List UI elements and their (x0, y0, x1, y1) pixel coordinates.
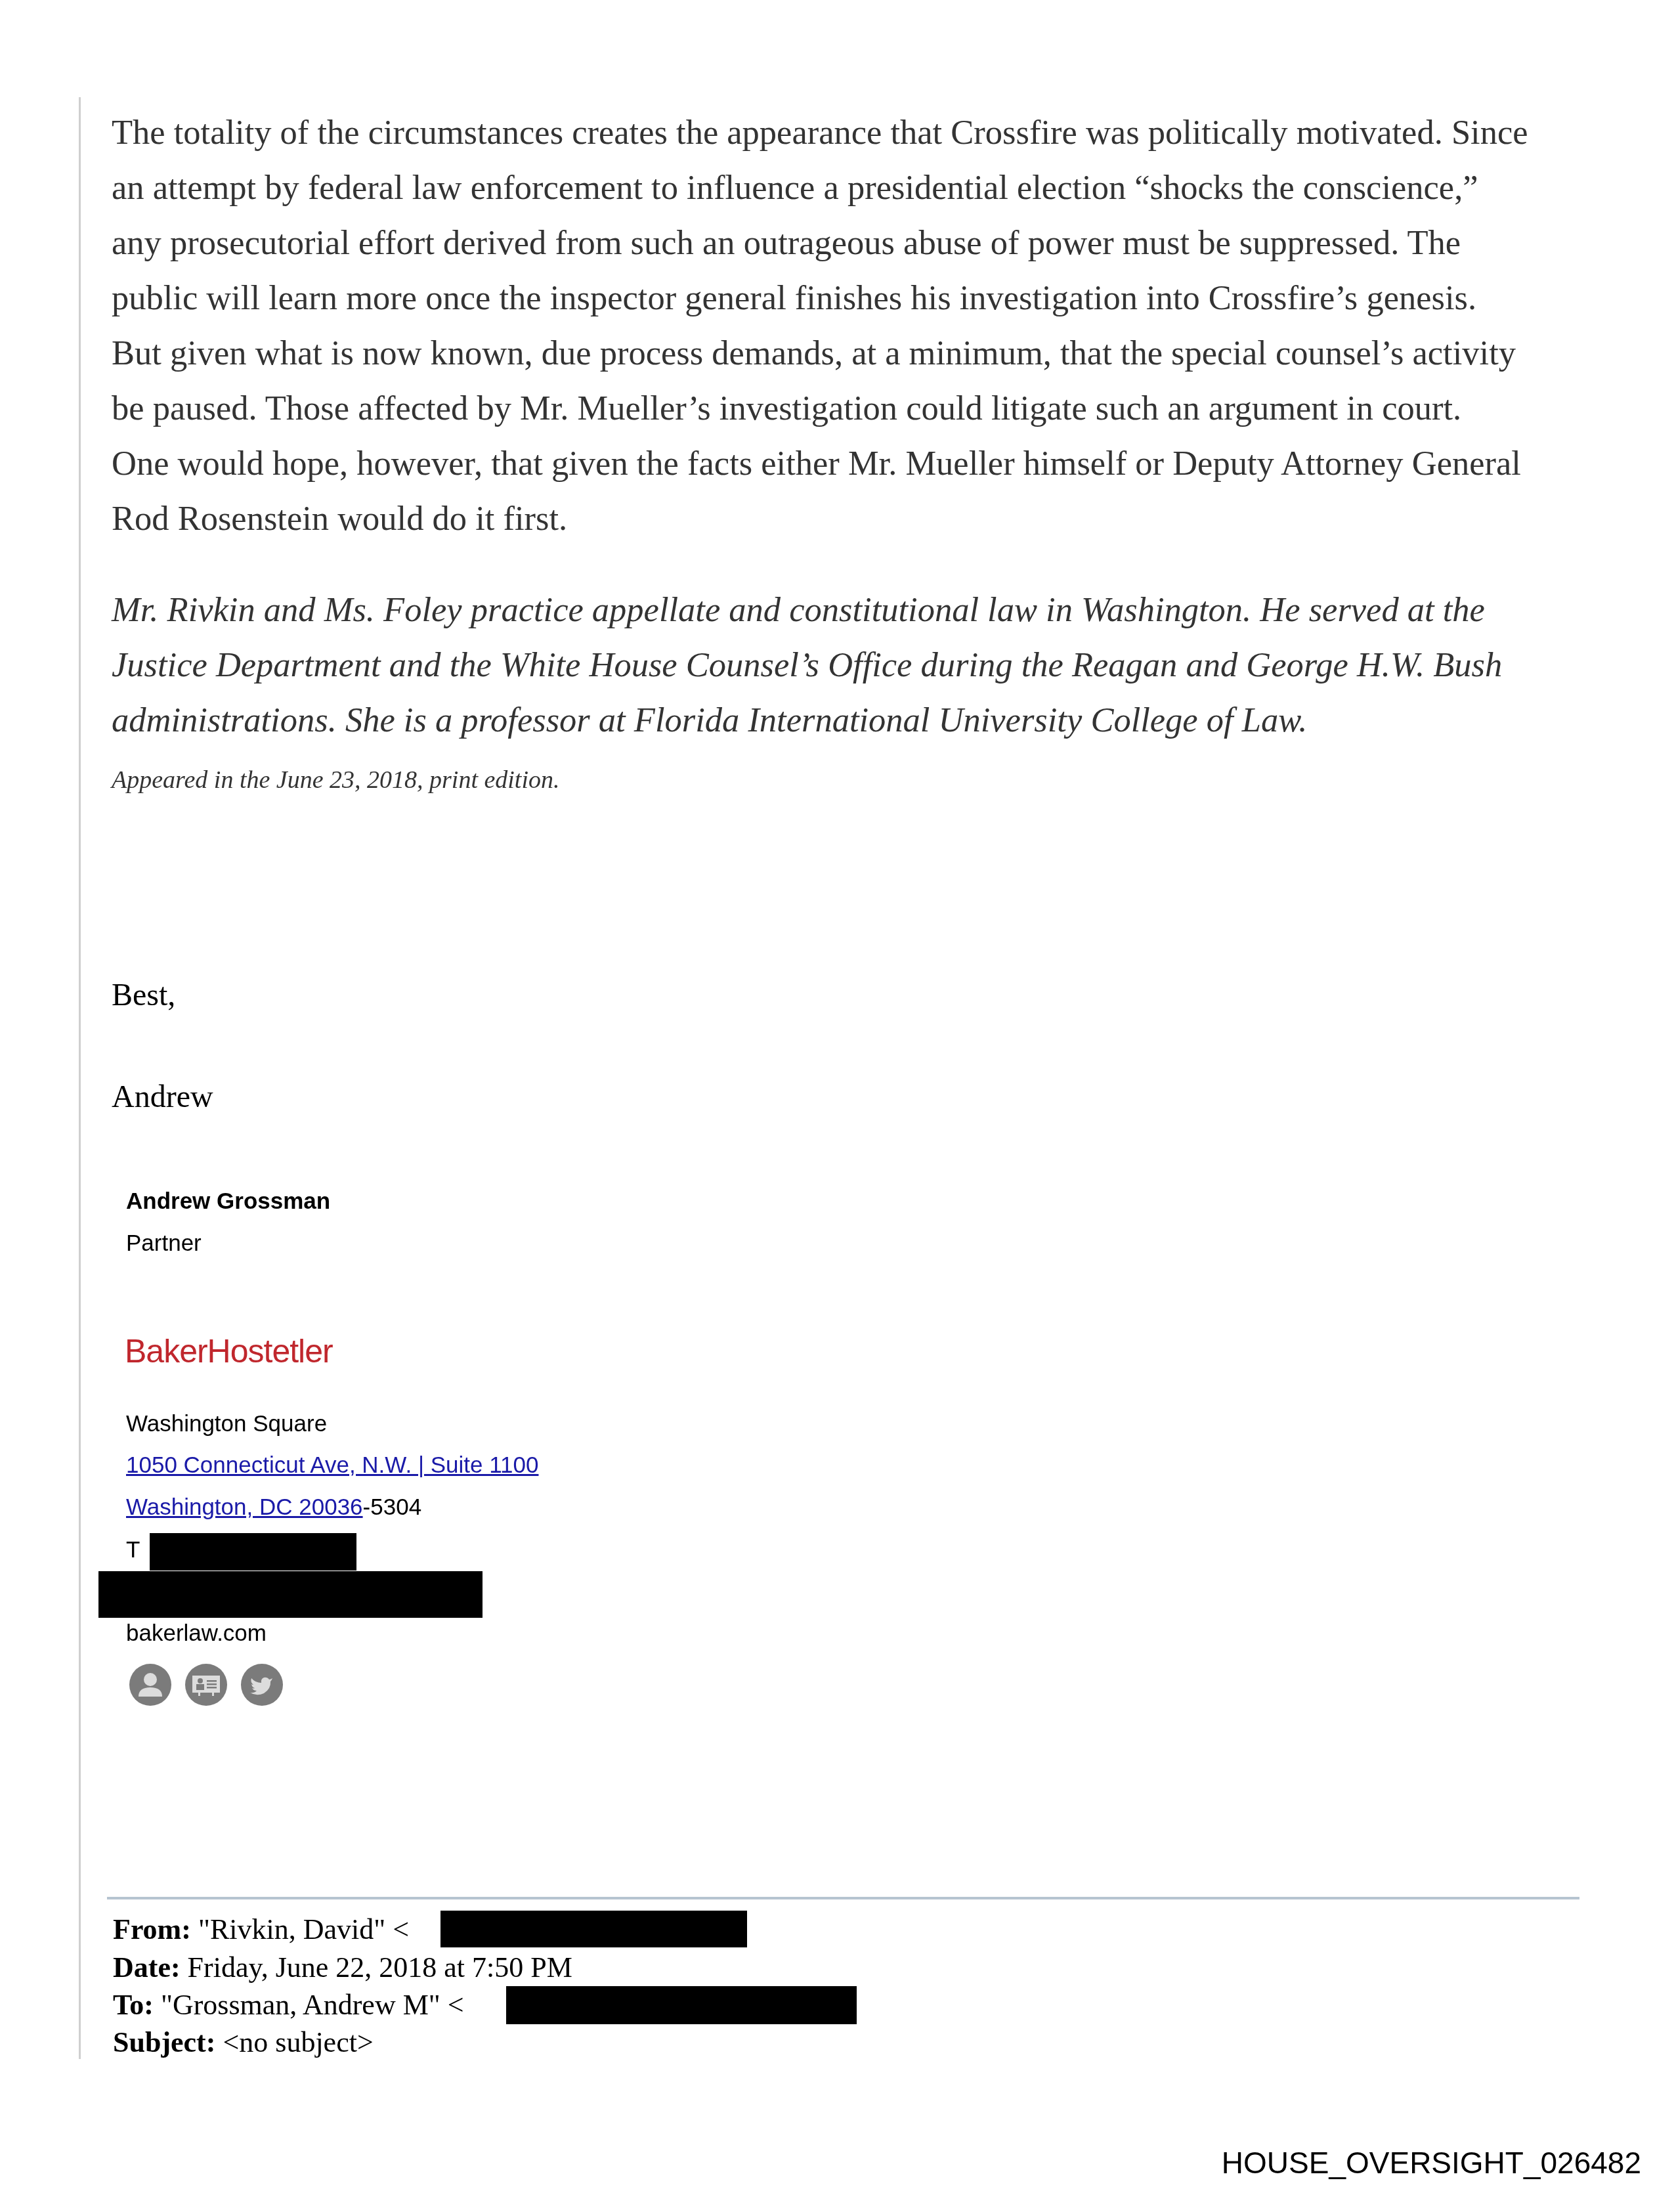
date-label: Date: (113, 1951, 181, 1984)
signature-phone-label: T (126, 1537, 140, 1563)
body-line: One would hope, however, that given the … (112, 436, 1582, 491)
from-value: "Rivkin, David" < (198, 1913, 409, 1945)
signature-website[interactable]: bakerlaw.com (126, 1620, 267, 1647)
bates-number: HOUSE_OVERSIGHT_026482 (1222, 2146, 1641, 2180)
subject-value: <no subject> (223, 2026, 373, 2058)
closing-name: Andrew (112, 1079, 213, 1116)
to-value: "Grossman, Andrew M" < (161, 1989, 464, 2021)
body-line: an attempt by federal law enforcement to… (112, 160, 1582, 215)
signature-title: Partner (126, 1230, 202, 1257)
zip-suffix: -5304 (363, 1494, 422, 1520)
twitter-icon[interactable] (241, 1664, 283, 1706)
signature-name: Andrew Grossman (126, 1188, 330, 1215)
author-bio-paragraph: Mr. Rivkin and Ms. Foley practice appell… (112, 582, 1582, 748)
contact-card-icon[interactable] (185, 1664, 227, 1706)
address-link[interactable]: 1050 Connecticut Ave, N.W. | Suite 1100 (126, 1452, 538, 1478)
header-subject: Subject: <no subject> (113, 2024, 374, 2061)
bio-line: Justice Department and the White House C… (112, 638, 1582, 693)
redaction-from-email (440, 1911, 747, 1947)
body-line: The totality of the circumstances create… (112, 105, 1582, 160)
redaction-phone (150, 1533, 356, 1571)
signature-address-line2: Washington, DC 20036-5304 (126, 1494, 421, 1521)
redaction-to-email (506, 1986, 857, 2024)
header-date: Date: Friday, June 22, 2018 at 7:50 PM (113, 1949, 572, 1986)
print-edition-note: Appeared in the June 23, 2018, print edi… (112, 766, 559, 794)
redaction-contact (98, 1571, 483, 1618)
from-label: From: (113, 1913, 191, 1945)
date-value: Friday, June 22, 2018 at 7:50 PM (188, 1951, 572, 1984)
quoted-message-separator (107, 1897, 1579, 1899)
body-line: public will learn more once the inspecto… (112, 271, 1582, 326)
bio-line: Mr. Rivkin and Ms. Foley practice appell… (112, 582, 1582, 638)
firm-logo: BakerHostetler (125, 1332, 333, 1371)
article-body-paragraph: The totality of the circumstances create… (112, 105, 1582, 546)
bio-line: administrations. She is a professor at F… (112, 693, 1582, 748)
body-line: be paused. Those affected by Mr. Mueller… (112, 381, 1582, 436)
to-label: To: (113, 1989, 154, 2021)
subject-label: Subject: (113, 2026, 215, 2058)
closing-salutation: Best, (112, 977, 175, 1014)
body-line: Rod Rosenstein would do it first. (112, 491, 1582, 546)
quote-border (79, 97, 81, 2059)
body-line: But given what is now known, due process… (112, 326, 1582, 381)
body-line: any prosecutorial effort derived from su… (112, 215, 1582, 271)
person-icon[interactable] (129, 1664, 171, 1706)
signature-building: Washington Square (126, 1411, 327, 1437)
signature-address-line1[interactable]: 1050 Connecticut Ave, N.W. | Suite 1100 (126, 1452, 538, 1479)
city-zip-link[interactable]: Washington, DC 20036 (126, 1494, 363, 1520)
